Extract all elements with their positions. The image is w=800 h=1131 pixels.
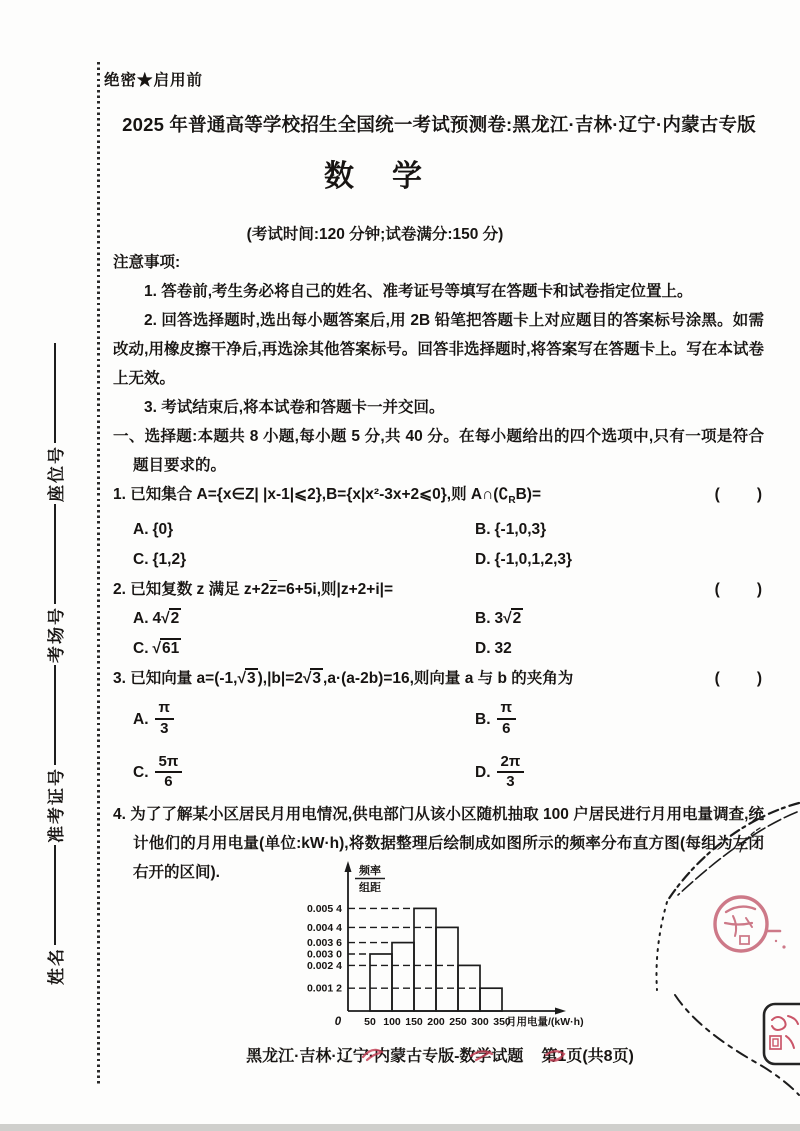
x-tick-label: 100 [383,1016,401,1028]
x-axis-arrow [555,1008,566,1015]
option-label: B. [475,610,491,627]
option: B.{-1,0,3} [475,515,764,545]
answer-paren: ( ) [715,664,764,693]
question-stem: 1. 已知集合 A={x∈Z| |x-1|⩽2},B={x|x²-3x+2⩽0}… [113,480,764,515]
x-tick-label: 150 [405,1016,423,1028]
answer-paren: ( ) [715,575,764,604]
answer-paren: ( ) [715,480,764,509]
page-footer: 黑龙江·吉林·辽宁·内蒙古专版-数学试题第1页(共8页) [140,1042,740,1071]
option-label: B. [475,521,491,538]
y-tick-label: 0.001 2 [307,983,342,995]
option: D.{-1,0,1,2,3} [475,545,764,575]
option: C.5π6 [133,754,475,794]
option: D.2π3 [475,754,764,794]
option-label: D. [475,551,491,568]
options-grid: A.4√2B.3√2C.√61D.32 [113,604,764,664]
option-label: A. [133,521,149,538]
options-grid: A.{0}B.{-1,0,3}C.{1,2}D.{-1,0,1,2,3} [113,515,764,575]
option-label: C. [133,640,149,657]
confidential-label: 绝密★启用前 [104,66,203,95]
x-tick-label: 250 [449,1016,467,1028]
option: C.{1,2} [133,545,475,575]
y-tick-label: 0.004 4 [307,922,342,934]
scanner-edge-strip [0,1124,800,1131]
sidebar-field-label: 座位号 [42,445,71,502]
questions-container: 1. 已知集合 A={x∈Z| |x-1|⩽2},B={x|x²-3x+2⩽0}… [113,480,764,887]
sidebar-field-label: 考场号 [42,606,71,663]
question-number: 4. [113,806,130,823]
notice-item-3: 3. 考试结束后,将本试卷和答题卡一并交回。 [113,393,764,422]
exam-paper-page: 姓名准考证号考场号座位号 绝密★启用前 2025 年普通高等学校招生全国统一考试… [0,0,800,1131]
exam-title: 2025 年普通高等学校招生全国统一考试预测卷:黑龙江·吉林·辽宁·内蒙古专版 [96,110,782,139]
y-tick-label: 0.002 4 [307,960,342,972]
option-content: √61 [153,640,182,657]
origin-label: 0 [335,1016,342,1028]
x-axis-title: 月用电量/(kW·h) [506,1015,584,1028]
histogram-bar [392,943,414,1011]
x-tick-label: 200 [427,1016,445,1028]
option-content: 5π6 [153,764,185,781]
option-label: A. [133,711,149,728]
fill-in-blank-line [53,845,56,945]
question-number: 2. [113,581,130,598]
option-content: {0} [153,521,174,538]
fill-in-blank-line [53,665,56,765]
option: D.32 [475,634,764,664]
fill-in-blank-line [53,343,56,443]
option-content: 3√2 [495,610,524,627]
y-tick-label: 0.003 0 [307,949,342,961]
sidebar-field-label: 姓名 [42,947,71,985]
histogram-bar [480,988,502,1011]
option-label: D. [475,764,491,781]
option-label: B. [475,711,491,728]
option: C.√61 [133,634,475,664]
option-label: C. [133,551,149,568]
paper-body: 注意事项: 1. 答卷前,考生务必将自己的姓名、准考证号等填写在答题卡和试卷指定… [113,248,764,887]
option-label: A. [133,610,149,627]
corner-stamp-box [764,1004,800,1064]
option-content: {-1,0,3} [495,521,547,538]
histogram-bar [414,908,436,1011]
frequency-histogram: 050100150200250300350月用电量/(kW·h)0.001 20… [290,856,630,1051]
question-number: 1. [113,486,130,503]
y-axis-title-numerator: 频率 [359,863,381,877]
option-content: 2π3 [495,764,527,781]
sidebar-field-label: 准考证号 [42,767,71,843]
exam-info-line: (考试时间:120 分钟;试卷满分:150 分) [0,220,750,249]
y-axis-title-denominator: 组距 [359,880,381,894]
x-tick-label: 300 [471,1016,489,1028]
fill-in-blank-line [53,504,56,604]
notice-item-1: 1. 答卷前,考生务必将自己的姓名、准考证号等填写在答题卡和试卷指定位置上。 [113,277,764,306]
y-axis-arrow [345,861,352,872]
option-content: 32 [495,640,512,657]
option-label: D. [475,640,491,657]
footer-page-number: 第1页(共8页) [541,1048,633,1065]
option-content: {-1,0,1,2,3} [495,551,573,568]
y-tick-label: 0.005 4 [307,903,342,915]
option: A.π3 [133,700,475,740]
red-stamp [715,897,786,951]
notices-heading: 注意事项: [113,248,764,277]
histogram-bar [436,927,458,1011]
option-content: π3 [153,711,176,728]
y-tick-label: 0.003 6 [307,937,342,949]
question: 1. 已知集合 A={x∈Z| |x-1|⩽2},B={x|x²-3x+2⩽0}… [113,480,764,575]
question: 3. 已知向量 a=(-1,√3),|b|=2√3,a·(a-2b)=16,则向… [113,664,764,800]
option-content: {1,2} [153,551,187,568]
option-content: 4√2 [153,610,182,627]
subject-title: 数 学 [0,162,750,191]
option: A.{0} [133,515,475,545]
notice-item-2: 2. 回答选择题时,选出每小题答案后,用 2B 铅笔把答题卡上对应题目的答案标号… [113,306,764,393]
question: 2. 已知复数 z 满足 z+2z=6+5i,则|z+2+i|=( )A.4√2… [113,575,764,664]
option-label: C. [133,764,149,781]
sidebar-fill-in-fields: 姓名准考证号考场号座位号 [36,145,76,1085]
question-stem: 3. 已知向量 a=(-1,√3),|b|=2√3,a·(a-2b)=16,则向… [113,664,764,693]
x-tick-label: 50 [364,1016,376,1028]
options-grid: A.π3B.π6C.5π6D.2π3 [113,693,764,800]
dotted-margin-rule [97,62,100,1084]
question-stem: 2. 已知复数 z 满足 z+2z=6+5i,则|z+2+i|=( ) [113,575,764,604]
section-1-heading: 一、选择题:本题共 8 小题,每小题 5 分,共 40 分。在每小题给出的四个选… [113,422,764,480]
option: A.4√2 [133,604,475,634]
option: B.π6 [475,700,764,740]
footer-edition: 黑龙江·吉林·辽宁·内蒙古专版-数学试题 [246,1048,523,1065]
question-number: 3. [113,670,130,687]
option-content: π6 [495,711,518,728]
histogram-bar [370,954,392,1011]
option: B.3√2 [475,604,764,634]
